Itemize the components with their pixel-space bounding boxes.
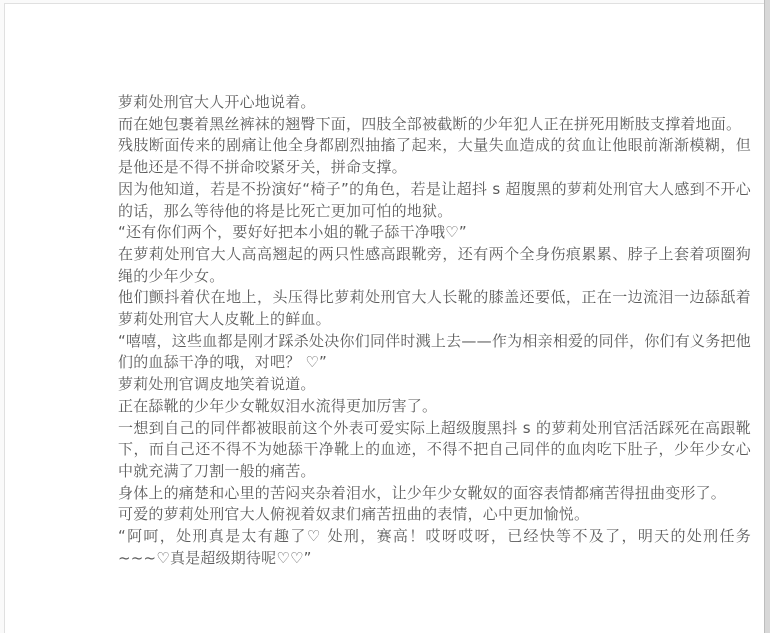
paragraph: 萝莉处刑官调皮地笑着说道。 [118,374,751,396]
paragraph: 可爱的萝莉处刑官大人俯视着奴隶们痛苦扭曲的表情，心中更加愉悦。 [118,504,751,526]
novel-text-content: 萝莉处刑官大人开心地说着。 而在她包裹着黑丝裤袜的翘臀下面，四肢全部被截断的少年… [118,92,751,569]
paragraph: 一想到自己的同伴都被眼前这个外表可爱实际上超级腹黑抖 s 的萝莉处刑官活活踩死在… [118,418,751,483]
page-frame: 萝莉处刑官大人开心地说着。 而在她包裹着黑丝裤袜的翘臀下面，四肢全部被截断的少年… [4,3,764,633]
paragraph: 因为他知道，若是不扮演好“椅子”的角色，若是让超抖 s 超腹黑的萝莉处刑官大人感… [118,179,751,222]
paragraph: 萝莉处刑官大人开心地说着。 [118,92,751,114]
scrollbar[interactable] [764,0,770,633]
paragraph: “阿呵，处刑真是太有趣了♡ 处刑，赛高！哎呀哎呀，已经快等不及了，明天的处刑任务… [118,526,751,569]
paragraph: 身体上的痛楚和心里的苦闷夹杂着泪水，让少年少女靴奴的面容表情都痛苦得扭曲变形了。 [118,483,751,505]
paragraph: “还有你们两个，要好好把本小姐的靴子舔干净哦♡” [118,222,751,244]
paragraph: 正在舔靴的少年少女靴奴泪水流得更加厉害了。 [118,396,751,418]
paragraph: 而在她包裹着黑丝裤袜的翘臀下面，四肢全部被截断的少年犯人正在拼死用断肢支撑着地面… [118,114,751,136]
paragraph: 残肢断面传来的剧痛让他全身都剧烈抽搐了起来，大量失血造成的贫血让他眼前渐渐模糊，… [118,135,751,178]
paragraph: 在萝莉处刑官大人高高翘起的两只性感高跟靴旁，还有两个全身伤痕累累、脖子上套着项圈… [118,244,751,287]
paragraph: 他们颤抖着伏在地上，头压得比萝莉处刑官大人长靴的膝盖还要低，正在一边流泪一边舔舐… [118,287,751,330]
paragraph: “嘻嘻，这些血都是刚才踩杀处决你们同伴时溅上去——作为相亲相爱的同伴，你们有义务… [118,331,751,374]
